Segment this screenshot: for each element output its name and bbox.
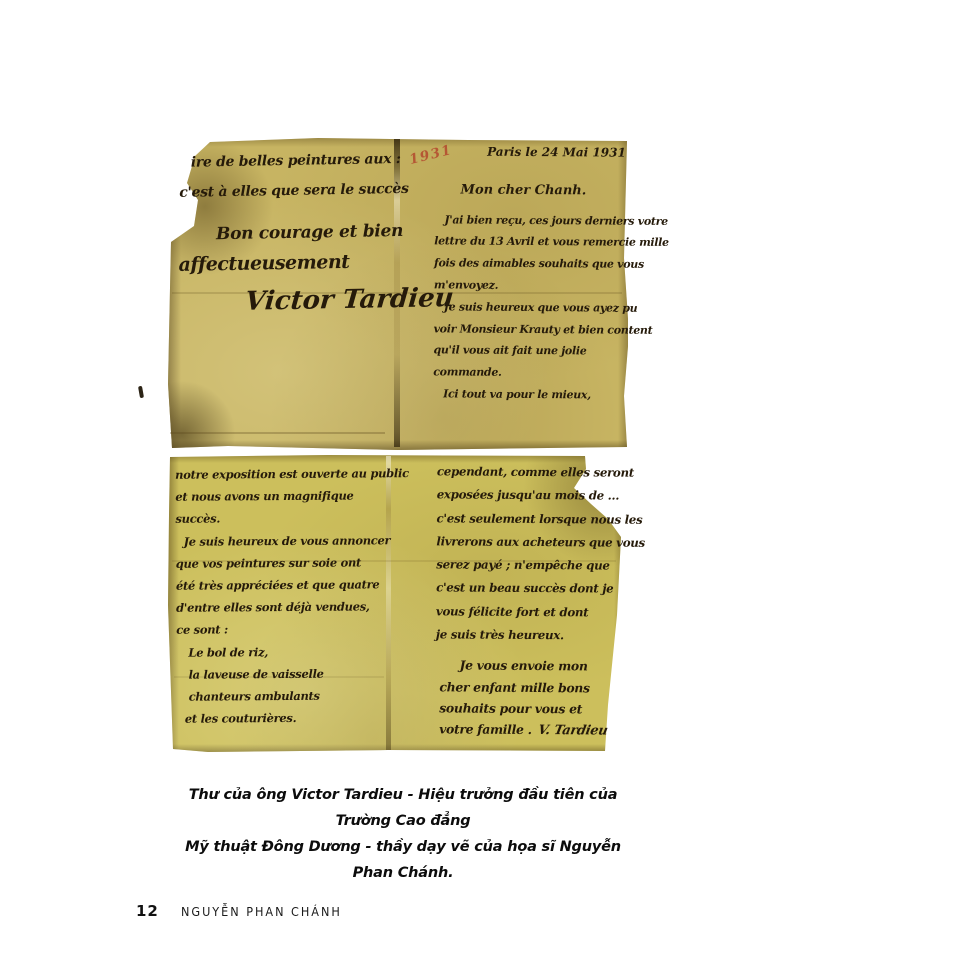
- book-page: 1931 ire de belles peintures aux : c'est…: [0, 0, 960, 960]
- handwriting-line: Ici tout va pour le mieux,: [433, 383, 627, 406]
- handwriting-line: J'ai bien reçu, ces jours derniers votre: [434, 209, 628, 232]
- handwriting-line: été très appréciées et que quatre: [176, 573, 394, 597]
- page-footer: 12 NGUYỄN PHAN CHÁNH: [136, 902, 360, 920]
- handwriting-line: lettre du 13 Avril et vous remercie mill…: [434, 231, 628, 254]
- handwriting-line: c'est à elles que sera le succès: [179, 174, 393, 208]
- running-title: NGUYỄN PHAN CHÁNH: [181, 904, 342, 919]
- handwriting-line: vous félicite fort et dont: [436, 600, 626, 625]
- letter-dateline: Paris le 24 Mai 1931: [435, 141, 629, 164]
- handwriting-line: livrerons aux acheteurs que vous: [436, 530, 626, 555]
- letter-salutation: Mon cher Chanh.: [461, 179, 629, 202]
- handwriting-line: je suis très heureux.: [436, 623, 626, 648]
- handwriting-line: exposées jusqu'au mois de …: [437, 484, 627, 509]
- handwriting-line: Je suis heureux de vous annoncer: [176, 529, 394, 553]
- handwriting-line: qu'il vous ait fait une jolie: [433, 340, 627, 363]
- handwriting-line: voir Monsieur Krauty et bien content: [434, 318, 628, 341]
- paper-edge-speck: [138, 386, 144, 399]
- handwriting-line: Je vous envoie mon: [439, 655, 625, 678]
- handwriting-line: votre famille .V. Tardieu: [439, 718, 625, 742]
- letter-panel-bottom-left: notre exposition est ouverte au public e…: [175, 462, 395, 730]
- handwriting-line: que vos peintures sur soie ont: [176, 551, 394, 575]
- handwriting-line: notre exposition est ouverte au public: [175, 462, 393, 486]
- letter-panel-top-left: ire de belles peintures aux : c'est à el…: [177, 144, 396, 318]
- handwriting-line: cher enfant mille bons: [439, 676, 625, 699]
- photo-caption: Thư của ông Victor Tardieu - Hiệu trưởng…: [168, 782, 638, 886]
- handwriting-line: succès.: [175, 507, 393, 531]
- handwriting-line: chanteurs ambulants: [177, 684, 395, 708]
- page-number: 12: [136, 902, 159, 920]
- handwriting-line: Je suis heureux que vous ayez pu: [434, 296, 628, 319]
- handwriting-line: Le bol de riz,: [176, 640, 394, 664]
- handwriting-line: ire de belles peintures aux :: [191, 144, 393, 178]
- handwriting-line: serez payé ; n'empêche que: [436, 554, 626, 579]
- handwriting-line: d'entre elles sont déjà vendues,: [176, 595, 394, 619]
- handwriting-line-fragment: votre famille .: [439, 721, 532, 737]
- letter-panel-top-right: Paris le 24 Mai 1931 Mon cher Chanh. J'a…: [433, 141, 629, 406]
- handwriting-line: et les couturières.: [177, 706, 395, 730]
- handwriting-line: Bon courage et bien: [216, 216, 394, 249]
- handwriting-line: la laveuse de vaisselle: [176, 662, 394, 686]
- letter-signature: V. Tardieu: [536, 720, 609, 742]
- handwriting-line: c'est seulement lorsque nous les: [436, 507, 626, 532]
- handwriting-line: affectueusement: [178, 246, 394, 280]
- handwriting-line: et nous avons un magnifique: [175, 484, 393, 508]
- handwriting-line: souhaits pour vous et: [439, 697, 625, 720]
- handwriting-line: c'est un beau succès dont je: [436, 577, 626, 602]
- letter-signature: Victor Tardieu: [244, 284, 397, 317]
- handwriting-line: m'envoyez.: [434, 274, 628, 297]
- handwriting-line: cependant, comme elles seront: [437, 460, 627, 485]
- handwriting-line: ce sont :: [176, 618, 394, 642]
- handwriting-line: fois des aimables souhaits que vous: [434, 253, 628, 276]
- letter-panel-bottom-right: cependant, comme elles seront exposées j…: [435, 460, 627, 742]
- handwriting-line: commande.: [433, 361, 627, 384]
- caption-line: Mỹ thuật Đông Dương - thầy dạy vẽ của họ…: [168, 834, 638, 886]
- caption-line: Thư của ông Victor Tardieu - Hiệu trưởng…: [168, 782, 638, 834]
